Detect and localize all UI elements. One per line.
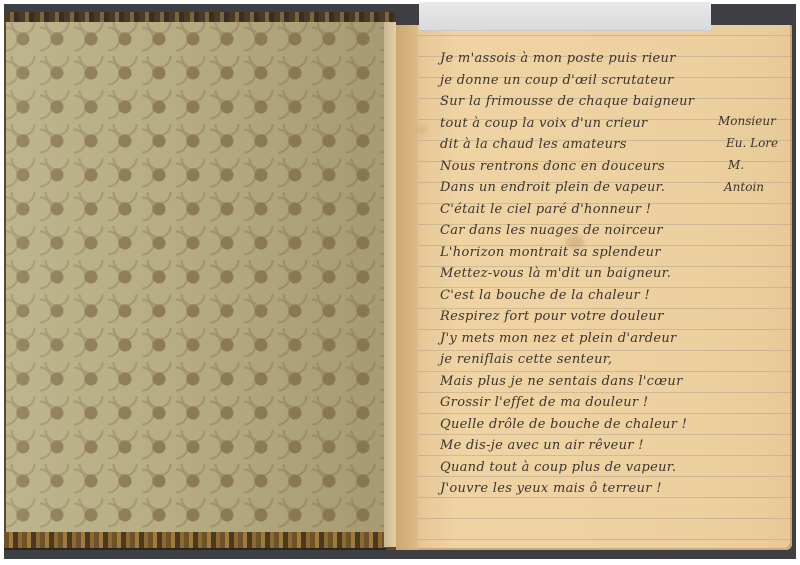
poem-line: Quelle drôle de bouche de chaleur ! [440,414,740,436]
margin-note-line: Antoin [718,176,798,198]
poem-line: tout à coup la voix d'un crieur [440,113,740,135]
margin-note: Monsieur Eu. Lore M. Antoin [718,110,798,198]
poem-line: Me dis-je avec un air rêveur ! [440,435,740,457]
poem-text: Je m'assois à mon poste puis rieur je do… [440,48,740,500]
poem-line: Je m'assois à mon poste puis rieur [440,48,740,70]
poem-line: Quand tout à coup plus de vapeur. [440,457,740,479]
poem-line: Respirez fort pour votre douleur [440,306,740,328]
spine-gutter [384,22,396,547]
margin-note-line: M. [718,154,798,176]
endpaper-shading [6,22,384,532]
poem-line: Mettez-vous là m'dit un baigneur. [440,263,740,285]
margin-note-line: Monsieur [718,110,798,132]
marbled-edge-top [4,12,396,22]
poem-line: L'horizon montrait sa splendeur [440,242,740,264]
poem-line: Mais plus je ne sentais dans l'cœur [440,371,740,393]
poem-line: Sur la frimousse de chaque baigneur [440,91,740,113]
marbled-edge-bottom [4,532,386,550]
poem-line: J'ouvre les yeux mais ô terreur ! [440,478,740,500]
poem-line: Dans un endroit plein de vapeur. [440,177,740,199]
poem-line: Grossir l'effet de ma douleur ! [440,392,740,414]
paper-slip [419,2,711,31]
poem-line: C'est la bouche de la chaleur ! [440,285,740,307]
water-stain [416,125,428,135]
poem-line: J'y mets mon nez et plein d'ardeur [440,328,740,350]
poem-line: Car dans les nuages de noirceur [440,220,740,242]
page-margin [396,25,418,550]
margin-note-line: Eu. Lore [718,132,798,154]
poem-line: dit à la chaud les amateurs [440,134,740,156]
poem-line: C'était le ciel paré d'honneur ! [440,199,740,221]
poem-line: je reniflais cette senteur, [440,349,740,371]
poem-line: Nous rentrons donc en douceurs [440,156,740,178]
poem-line: je donne un coup d'œil scrutateur [440,70,740,92]
